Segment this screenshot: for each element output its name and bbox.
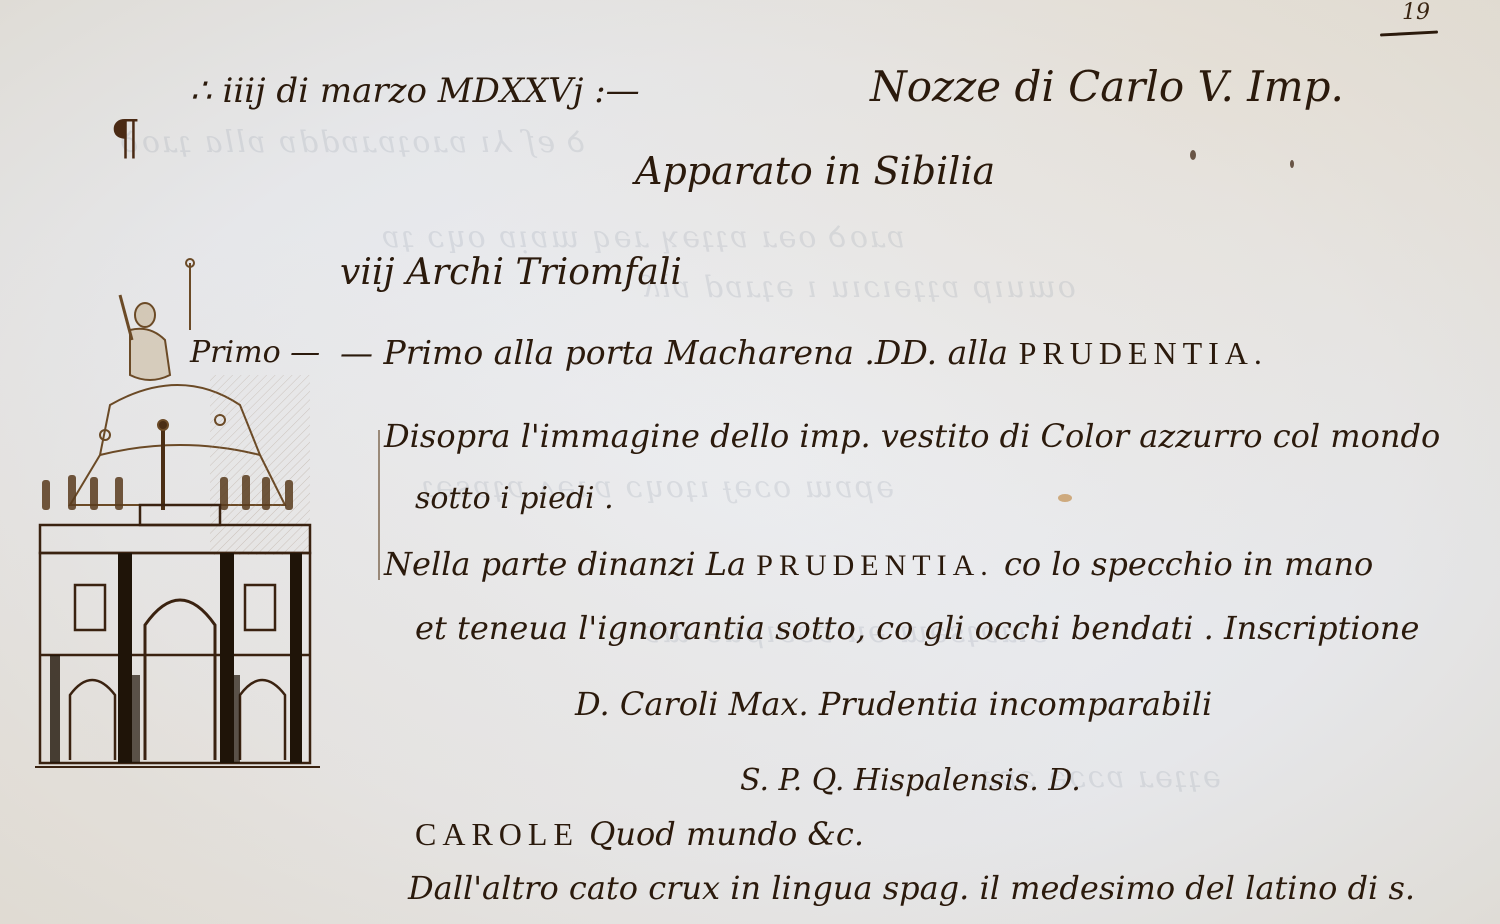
ink-stain <box>1058 494 1072 502</box>
inscription-line-1: D. Caroli Max. Prudentia incomparabili <box>575 688 1212 720</box>
body-line-2: Disopra l'immagine dello imp. vestito di… <box>384 420 1440 452</box>
body-line-1: — Primo alla porta Macharena .DD. alla P… <box>340 336 1268 369</box>
inscription-line-2: S. P. Q. Hispalensis. D. <box>740 766 1081 796</box>
triumphal-arch-sketch <box>30 255 330 780</box>
body-line-caps: PRUDENTIA. <box>756 549 994 582</box>
title-line: Nozze di Carlo V. Imp. <box>870 66 1344 108</box>
ink-speck <box>1290 160 1294 168</box>
body-line-9: Dall'altro cato crux in lingua spag. il … <box>408 872 1415 904</box>
body-line-caps: PRUDENTIA. <box>1019 335 1268 371</box>
body-line-text: Nella parte dinanzi La <box>384 545 746 583</box>
body-line-caps: CAROLE <box>415 816 579 852</box>
body-line-text-after: Quod mundo &c. <box>589 815 864 853</box>
date-line: ∴ iiij di marzo MDXXVj :— <box>190 74 640 108</box>
folio-number: 19 <box>1402 0 1430 25</box>
body-line-text-after: co lo specchio in mano <box>1004 545 1373 583</box>
ink-speck <box>1190 150 1196 160</box>
section-heading: viij Archi Triomfali <box>340 255 682 291</box>
paragraph-mark-icon: ¶ <box>110 110 141 166</box>
bleed-through-text: oɯuıp ɐʇʇǝıɔıu ı ǝʇɹɐd ɐlʎ <box>640 270 1076 305</box>
subtitle-line: Apparato in Sibilia <box>635 152 995 190</box>
manuscript-page: ꝺ eſ ⅄ı ɐɹoʇɐɹɐddɐ ɐlla ʇɹoꝺ ɐɹoꝺ oǝɹ ɐʇ… <box>0 0 1500 924</box>
body-line-4: Nella parte dinanzi La PRUDENTIA. co lo … <box>384 548 1373 581</box>
body-line-8: CAROLE Quod mundo &c. <box>415 818 864 850</box>
bleed-through-text: ꝺ eſ ⅄ı ɐɹoʇɐɹɐddɐ ɐlla ʇɹoꝺ <box>120 120 587 161</box>
body-line-text: — Primo alla porta Macharena .DD. alla <box>340 333 1008 372</box>
body-line-3: sotto i piedi . <box>415 484 614 514</box>
body-line-5: et teneua l'ignorantia sotto, co gli occ… <box>415 612 1419 644</box>
bleed-through-text: ɐɹoꝺ oǝɹ ɐʇʇǝʞ ɹǝq ɯɐᴉɐ oɥɔ ʇɐ <box>380 215 905 256</box>
folio-underline <box>1380 30 1438 36</box>
